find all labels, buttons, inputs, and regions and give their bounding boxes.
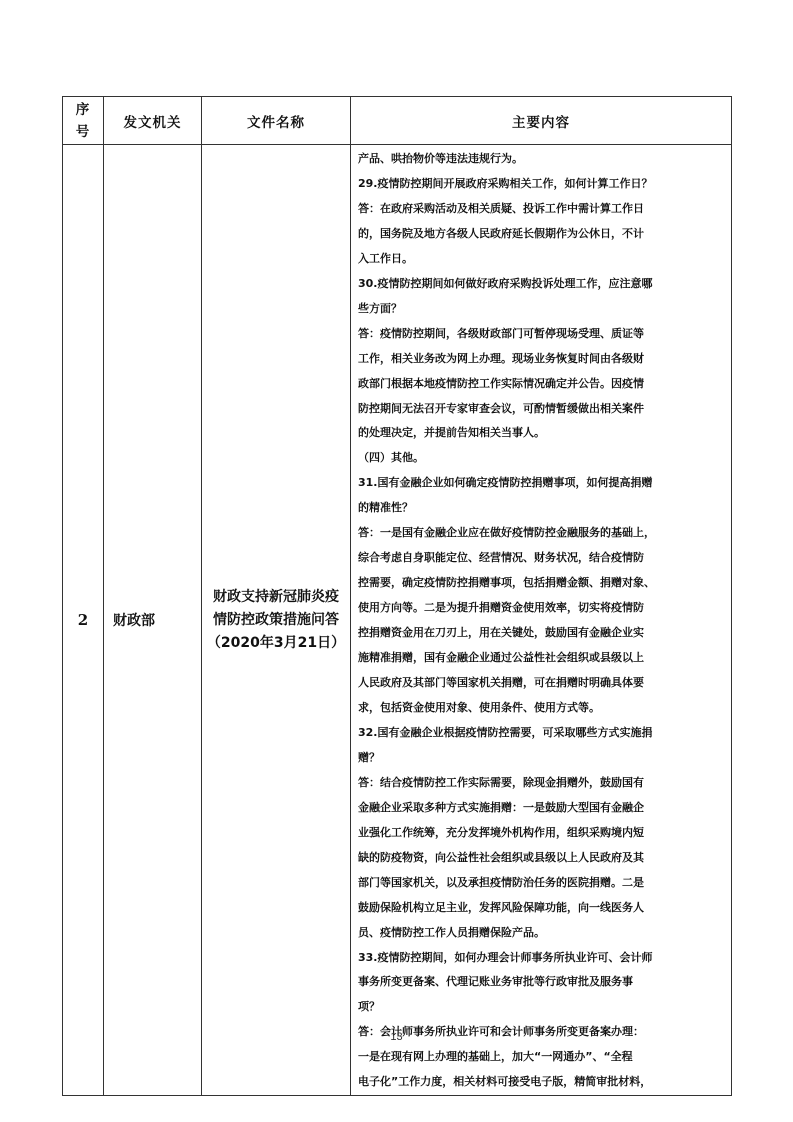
content-line: 32.国有金融企业根据疫情防控需要，可采取哪些方式实施捐 [358, 721, 725, 746]
content-line: 求，包括资金使用对象、使用条件、使用方式等。 [358, 696, 725, 721]
content-line: 答：一是国有金融企业应在做好疫情防控金融服务的基础上， [358, 521, 725, 546]
content-line: 控需要，确定疫情防控捐赠事项，包括捐赠金额、捐赠对象、 [358, 571, 725, 596]
content-line: 31.国有金融企业如何确定疫情防控捐赠事项，如何提高捐赠 [358, 471, 725, 496]
content-line: 产品、哄抬物价等违法违规行为。 [358, 147, 725, 172]
content-line: 部门等国家机关，以及承担疫情防治任务的医院捐赠。二是 [358, 871, 725, 896]
content-line: 员、疫情防控工作人员捐赠保险产品。 [358, 921, 725, 946]
content-line: 些方面？ [358, 297, 725, 322]
content-line: 施精准捐赠，国有金融企业通过公益性社会组织或县级以上 [358, 646, 725, 671]
content-line: 项？ [358, 995, 725, 1020]
doc-name-line: 情防控政策措施问答 [206, 609, 346, 632]
content-line: 答：结合疫情防控工作实际需要，除现金捐赠外，鼓励国有 [358, 771, 725, 796]
header-seq-line2: 号 [63, 121, 103, 143]
content-line: 使用方向等。二是为提升捐赠资金使用效率，切实将疫情防 [358, 596, 725, 621]
content-line: 赠？ [358, 746, 725, 771]
doc-name-line: （2020年3月21日） [206, 632, 346, 655]
cell-issuer: 财政部 [104, 145, 202, 1096]
header-doc-name: 文件名称 [202, 97, 351, 145]
content-line: 事务所变更备案、代理记账业务审批等行政审批及服务事 [358, 970, 725, 995]
content-line: 答：疫情防控期间，各级财政部门可暂停现场受理、质证等 [358, 322, 725, 347]
content-line: 答：在政府采购活动及相关质疑、投诉工作中需计算工作日 [358, 197, 725, 222]
content-line: 入工作日。 [358, 247, 725, 272]
content-line: 29.疫情防控期间开展政府采购相关工作，如何计算工作日？ [358, 172, 725, 197]
content-line: 人民政府及其部门等国家机关捐赠，可在捐赠时明确具体要 [358, 671, 725, 696]
cell-content: 产品、哄抬物价等违法违规行为。29.疫情防控期间开展政府采购相关工作，如何计算工… [351, 145, 732, 1096]
policy-table: 序 号 发文机关 文件名称 主要内容 2 财政部 财政支持新冠肺炎疫 情防控政策… [62, 96, 732, 1096]
content-line: 的处理决定，并提前告知相关当事人。 [358, 421, 725, 446]
doc-name-line: 财政支持新冠肺炎疫 [206, 586, 346, 609]
header-content: 主要内容 [351, 97, 732, 145]
content-line: 的，国务院及地方各级人民政府延长假期作为公休日，不计 [358, 222, 725, 247]
content-line: 电子化”工作力度，相关材料可接受电子版，精简审批材料， [358, 1070, 725, 1095]
header-issuer: 发文机关 [104, 97, 202, 145]
content-line: 政部门根据本地疫情防控工作实际情况确定并公告。因疫情 [358, 372, 725, 397]
page-number: 13 [0, 1031, 793, 1043]
content-line: 的精准性？ [358, 496, 725, 521]
table-row: 2 财政部 财政支持新冠肺炎疫 情防控政策措施问答 （2020年3月21日） 产… [63, 145, 732, 1096]
cell-seq: 2 [63, 145, 104, 1096]
content-line: 33.疫情防控期间，如何办理会计师事务所执业许可、会计师 [358, 946, 725, 971]
content-line: 缺的防疫物资，向公益性社会组织或县级以上人民政府及其 [358, 846, 725, 871]
content-line: （四）其他。 [358, 446, 725, 471]
content-line: 防控期间无法召开专家审查会议，可酌情暂缓做出相关案件 [358, 397, 725, 422]
content-line: 30.疫情防控期间如何做好政府采购投诉处理工作，应注意哪 [358, 272, 725, 297]
content-line: 鼓励保险机构立足主业，发挥风险保障功能，向一线医务人 [358, 896, 725, 921]
cell-doc-name: 财政支持新冠肺炎疫 情防控政策措施问答 （2020年3月21日） [202, 145, 351, 1096]
header-seq: 序 号 [63, 97, 104, 145]
content-line: 综合考虑自身职能定位、经营情况、财务状况，结合疫情防 [358, 546, 725, 571]
header-seq-line1: 序 [63, 99, 103, 121]
table-header-row: 序 号 发文机关 文件名称 主要内容 [63, 97, 732, 145]
document-page: 序 号 发文机关 文件名称 主要内容 2 财政部 财政支持新冠肺炎疫 情防控政策… [0, 0, 793, 1122]
content-line: 控捐赠资金用在刀刃上，用在关键处，鼓励国有金融企业实 [358, 621, 725, 646]
content-line: 业强化工作统筹，充分发挥境外机构作用，组织采购境内短 [358, 821, 725, 846]
content-line: 一是在现有网上办理的基础上，加大“一网通办”、“全程 [358, 1045, 725, 1070]
content-line: 工作，相关业务改为网上办理。现场业务恢复时间由各级财 [358, 347, 725, 372]
content-line: 金融企业采取多种方式实施捐赠：一是鼓励大型国有金融企 [358, 796, 725, 821]
